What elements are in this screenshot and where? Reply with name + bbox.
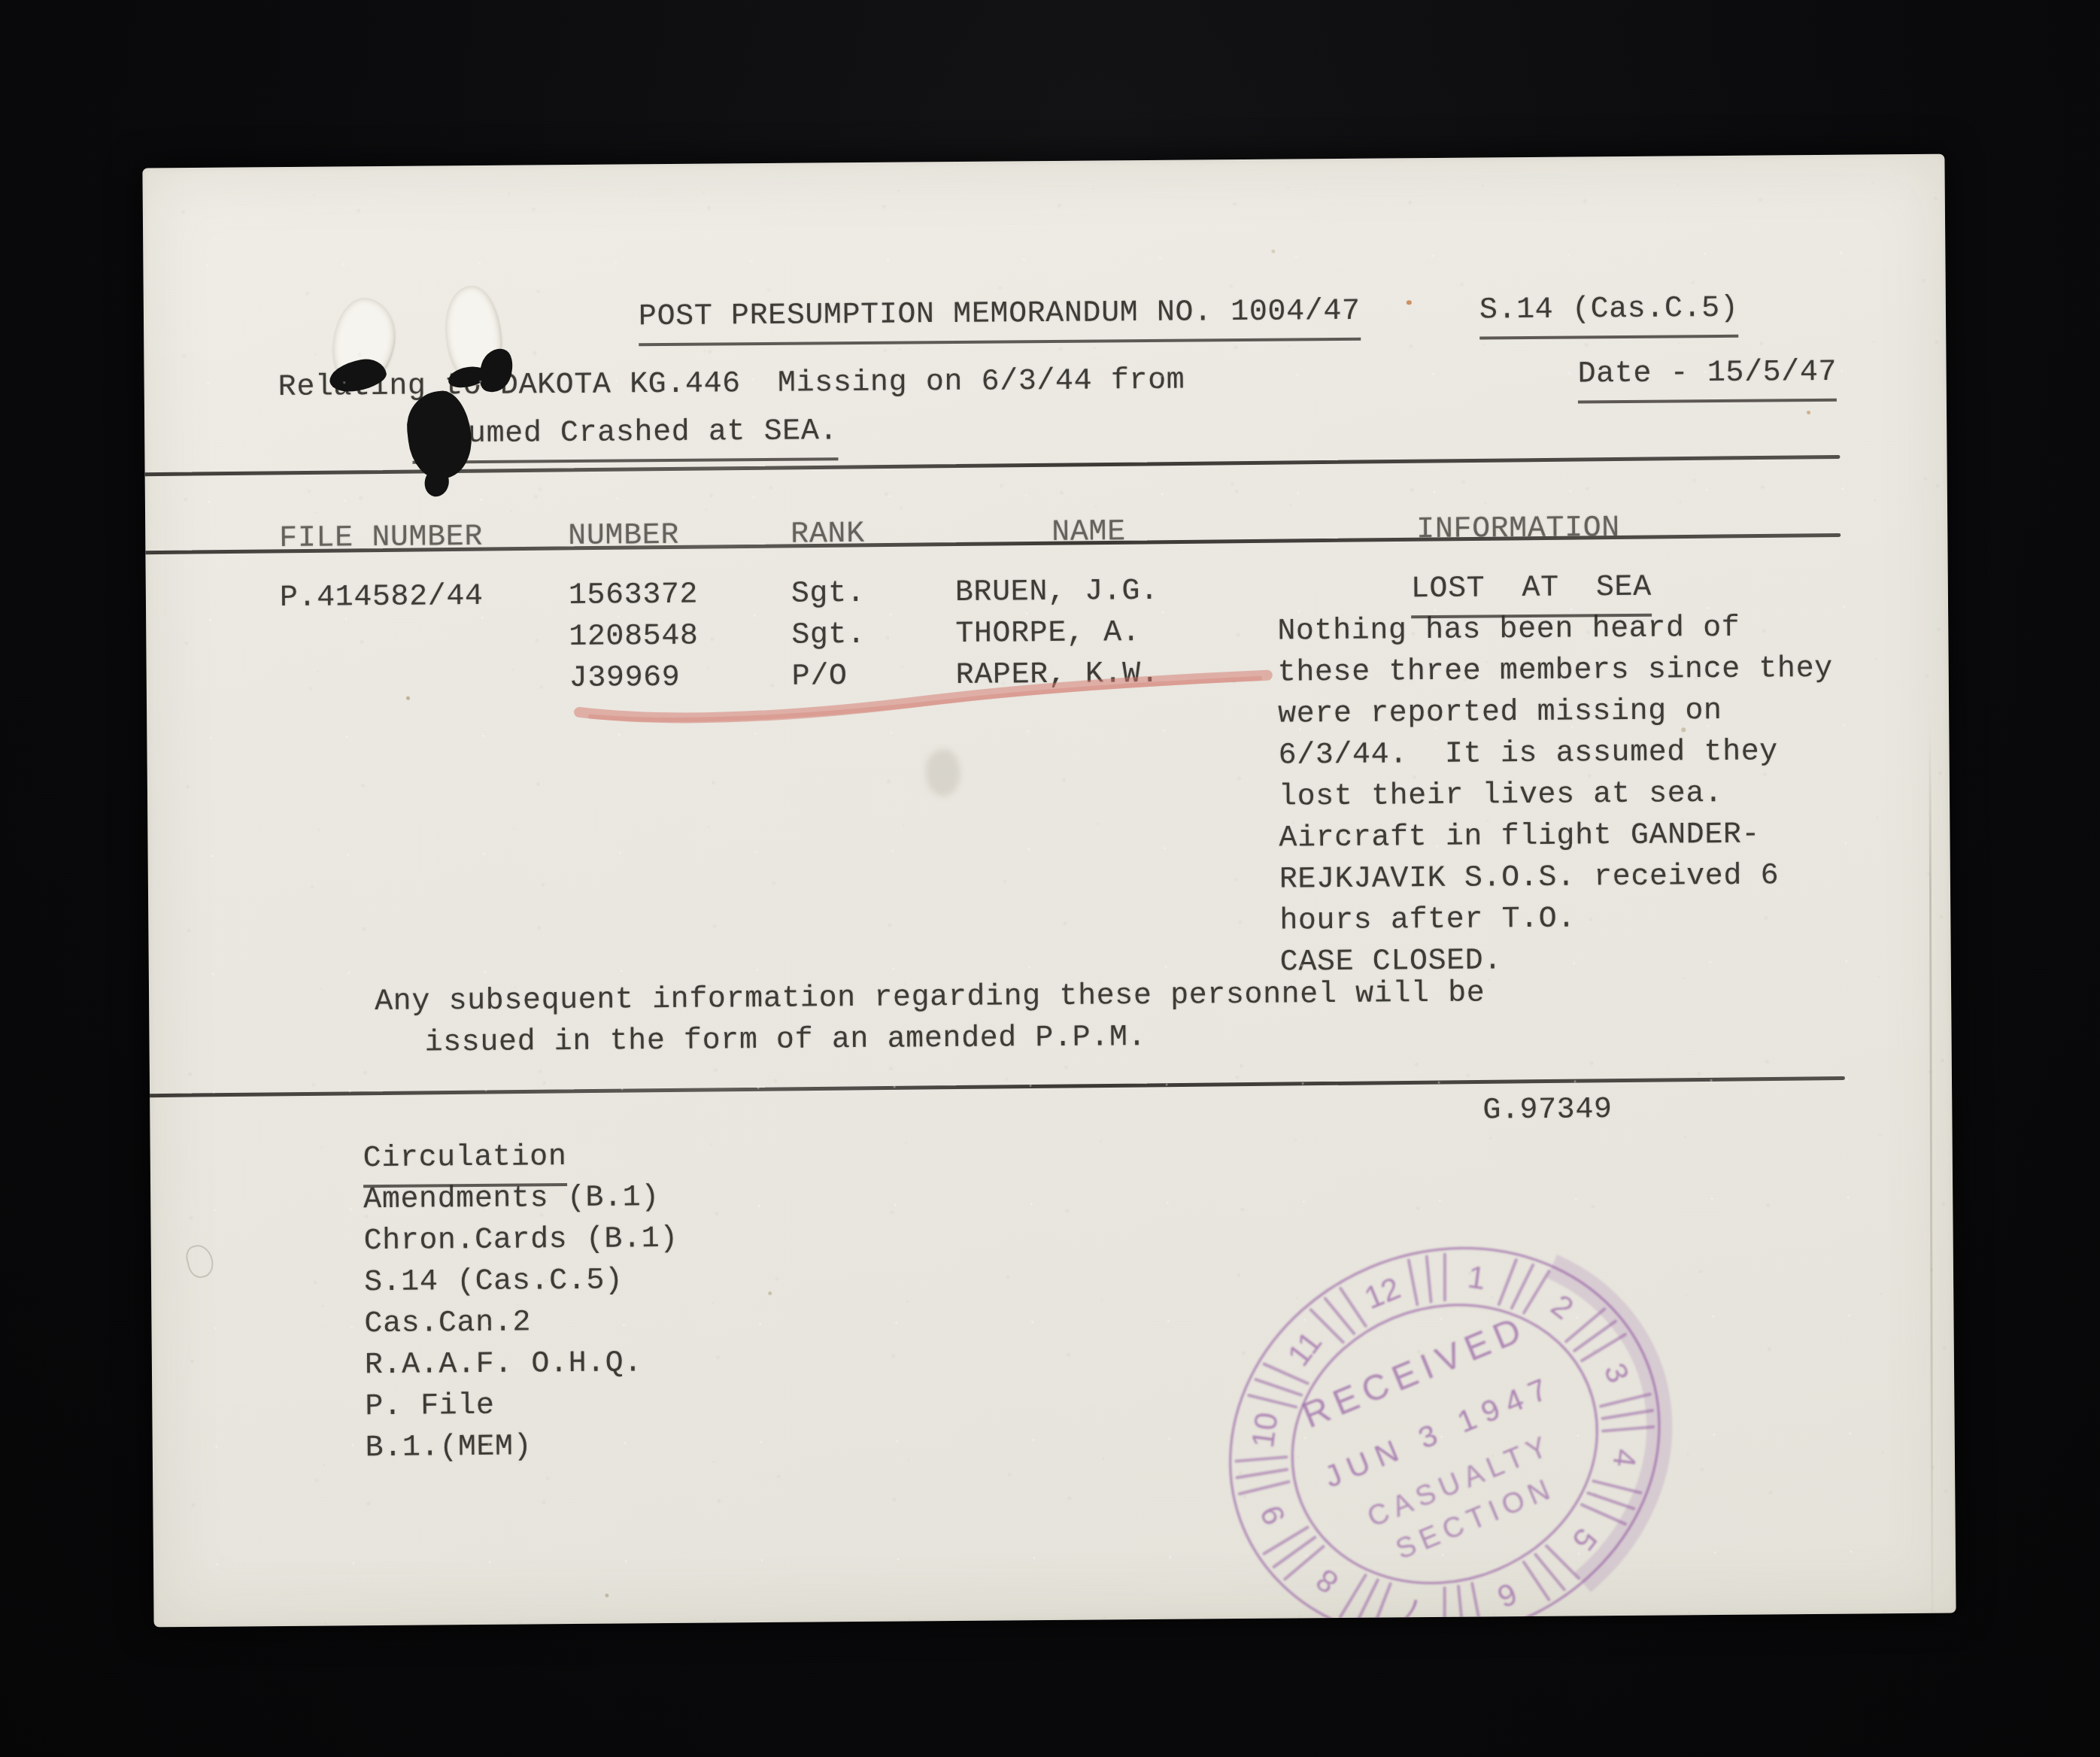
table-row-rank: Sgt. [791,573,866,615]
col-header-file-number: FILE NUMBER [279,517,483,560]
red-pencil-line [567,640,1320,744]
stamp-dial-number: 10 [1245,1410,1285,1449]
foxing-speck [1407,300,1412,305]
paper-crease [1929,726,1933,1613]
foxing-speck [1681,727,1686,732]
foxing-speck [768,1291,772,1295]
memo-title-text: POST PRESUMPTION MEMORANDUM NO. 1004/47 [639,291,1361,347]
reference-number: G.97349 [1482,1089,1613,1131]
information-line: lost their lives at sea. [1279,773,1723,818]
note-line-1: Any subsequent information regarding the… [375,973,1485,1023]
circulation-item: Cas.Can.2 [364,1302,531,1345]
information-line: Aircraft in flight GANDER- [1279,815,1760,860]
information-line: hours after T.O. [1279,899,1576,942]
circulation-item: P. File [365,1385,495,1428]
circulation-item: Amendments (B.1) [363,1177,660,1221]
col-header-information: INFORMATION [1416,508,1620,551]
stamp-dial-number: 3 [1597,1358,1636,1388]
water-stain [926,749,960,796]
stamp-dial-number: 6 [1492,1576,1522,1615]
stamp-dial-number: 8 [1309,1562,1345,1601]
stamp-dial-number: 7 [1402,1592,1424,1628]
memo-paper: POST PRESUMPTION MEMORANDUM NO. 1004/47 … [142,154,1956,1628]
assumed-line: Assumed Crashed at SEA. [412,411,838,463]
horizontal-rule-top [142,455,1840,476]
circulation-item: B.1.(MEM) [366,1426,533,1469]
foxing-speck [605,1594,608,1598]
stamp-dial-number: 5 [1565,1522,1604,1557]
foxing-speck [1807,411,1810,414]
col-header-name: NAME [1052,511,1126,554]
foxing-speck [1271,250,1275,253]
col-header-number: NUMBER [568,515,679,557]
stamp-dial-number: 4 [1607,1447,1644,1469]
stamp-dial-number: 12 [1359,1270,1405,1315]
circulation-item: R.A.A.F. O.H.Q. [365,1343,642,1386]
foxing-speck [406,696,410,700]
relating-line: Relating to DAKOTA KG.446 Missing on 6/3… [278,360,1185,408]
memo-title: POST PRESUMPTION MEMORANDUM NO. 1004/47 [639,291,1361,347]
received-stamp: 121234567891011 RECEIVED JUN 3 1947 CASU… [1203,1237,1687,1627]
information-line: these three members since they [1278,648,1834,694]
stamp-dial-number: 2 [1545,1288,1580,1326]
table-row-name: BRUEN, J.G. [955,571,1159,614]
file-number-value: P.414582/44 [280,576,484,619]
information-line: Nothing has been heard of [1277,608,1740,653]
stamp-dial-number: 11 [1281,1325,1329,1372]
embossed-margin-mark [184,1242,217,1280]
scan-background: POST PRESUMPTION MEMORANDUM NO. 1004/47 … [0,0,2100,1757]
information-line: 6/3/44. It is assumed they [1278,731,1778,776]
circulation-item: Chron.Cards (B.1) [363,1218,678,1262]
stamp-dial-number: 1 [1466,1259,1488,1297]
note-line-2: issued in the form of an amended P.P.M. [424,1017,1146,1064]
memo-ref: S.14 (Cas.C.5) [1479,288,1739,340]
information-line: were reported missing on [1278,690,1722,736]
date-line: Date - 15/5/47 [1577,352,1837,404]
col-header-rank: RANK [791,514,865,556]
information-line: REJKJAVIK S.O.S. received 6 [1279,855,1780,900]
stamp-dial-number: 9 [1253,1501,1292,1531]
circulation-item: S.14 (Cas.C.5) [364,1260,624,1303]
table-row-number: 1563372 [569,575,699,617]
stamp-text: RECEIVED JUN 3 1947 CASUALTY SECTION [1294,1306,1595,1580]
